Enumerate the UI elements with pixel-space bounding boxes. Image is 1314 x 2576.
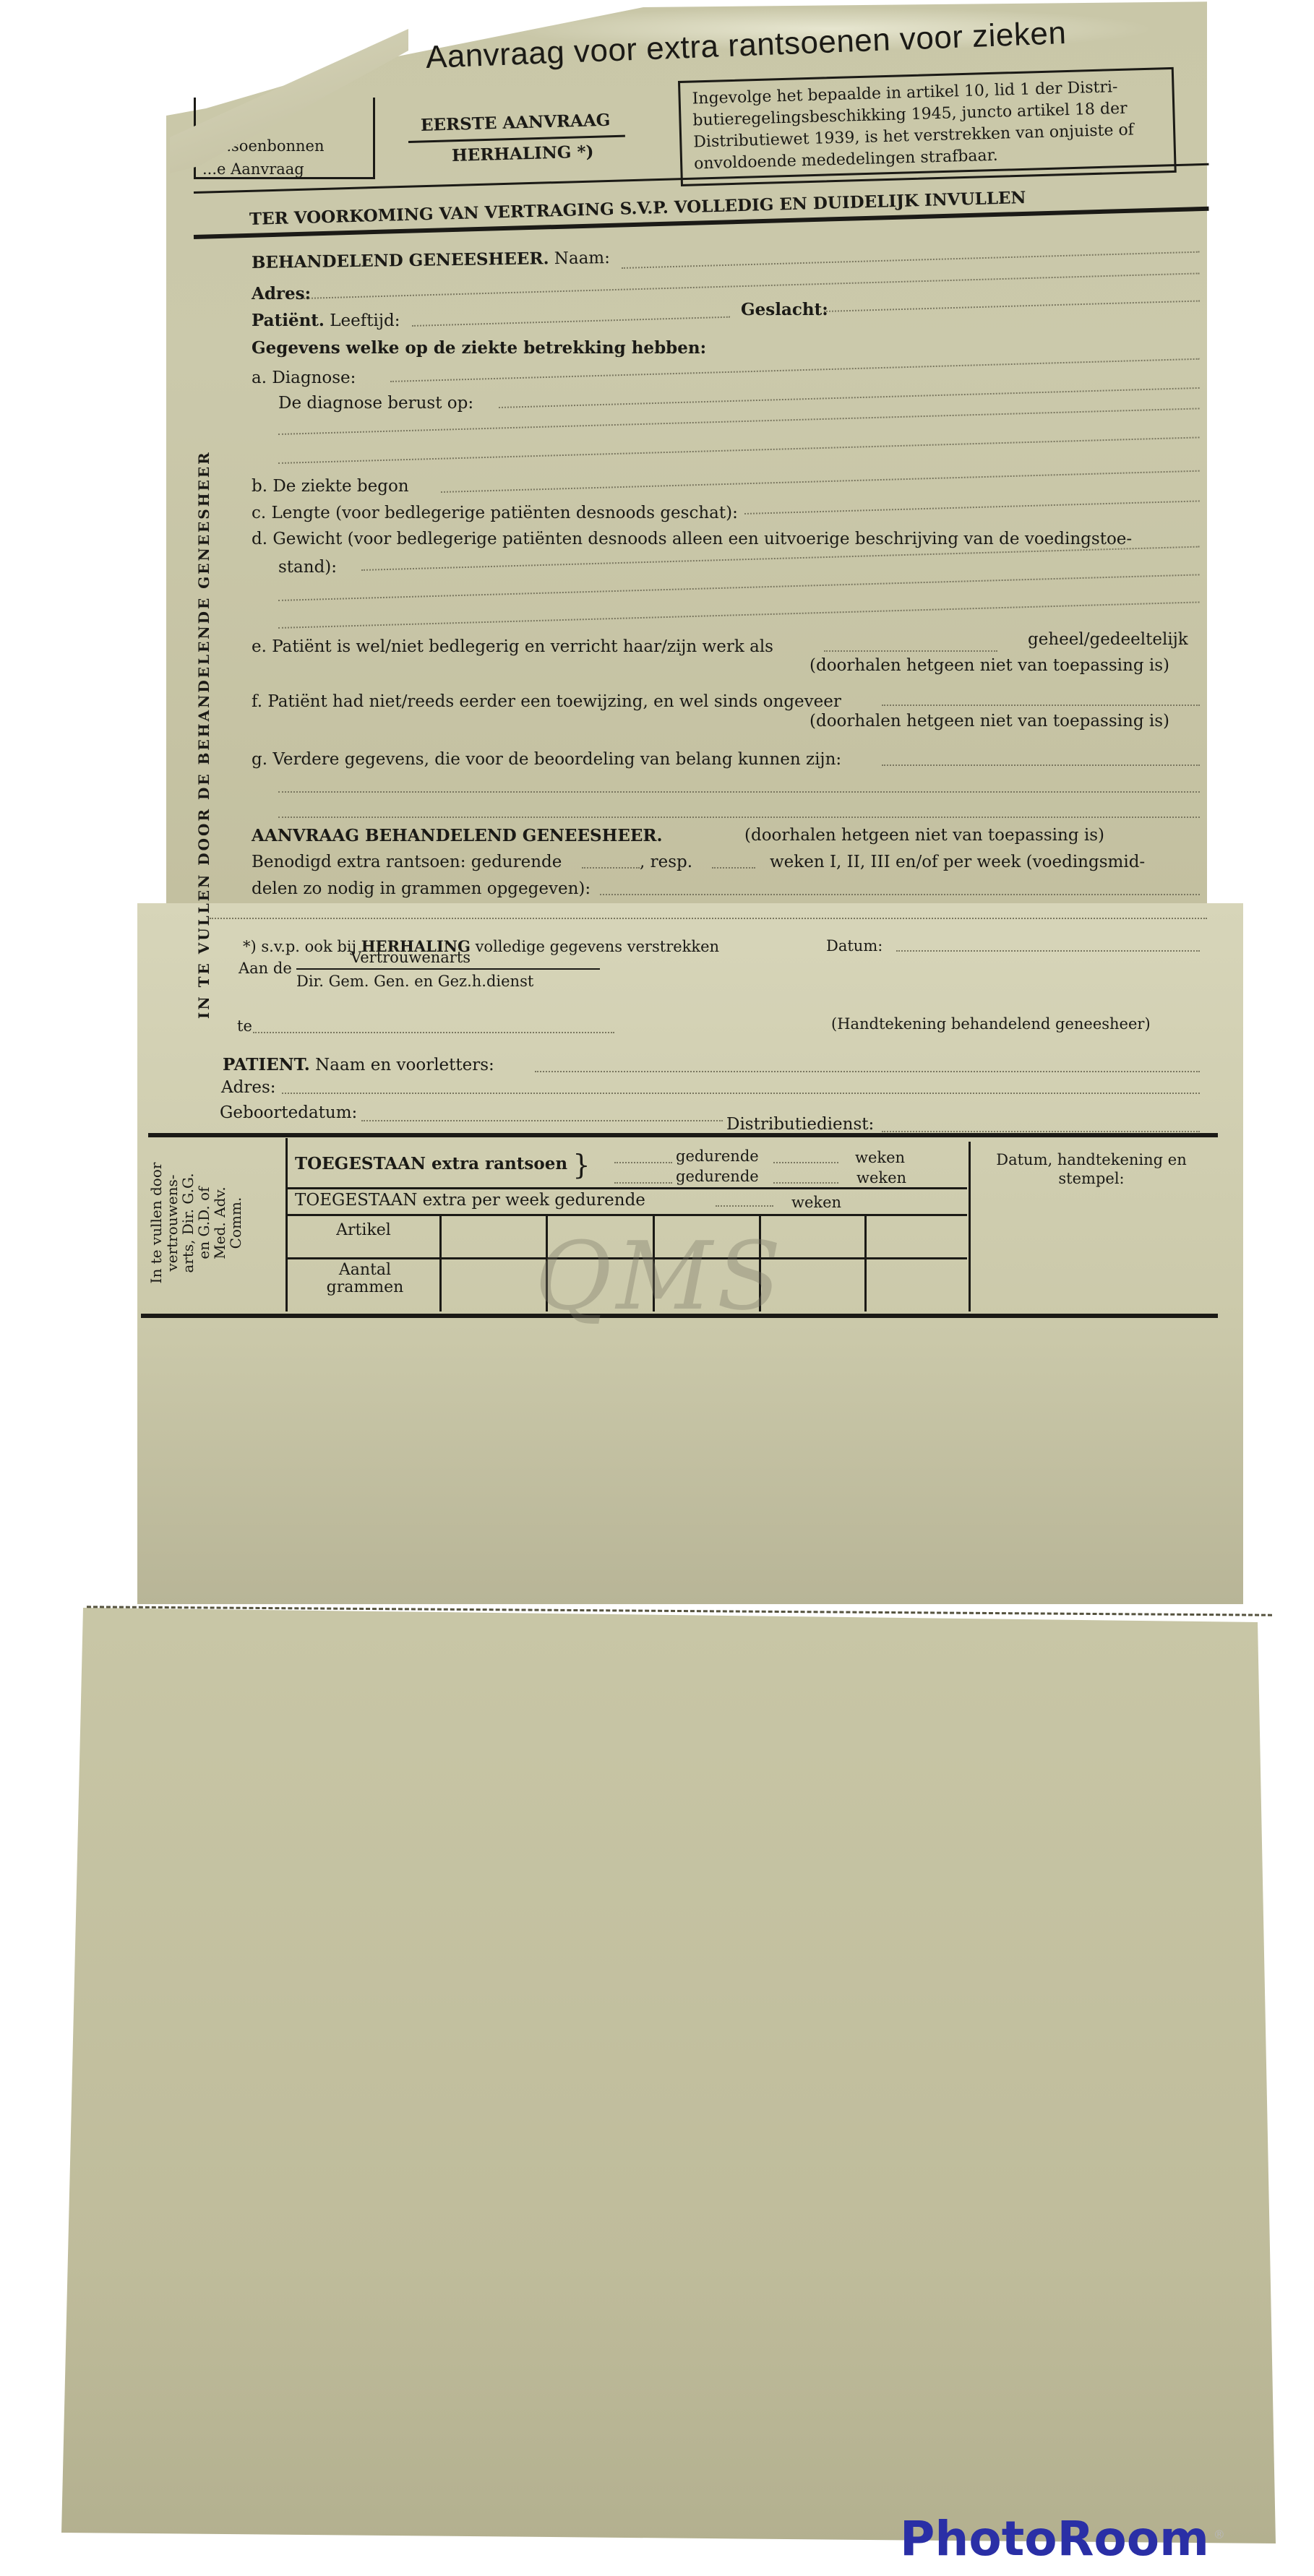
disease-data-intro: Gegevens welke op de ziekte betrekking h… bbox=[252, 338, 706, 358]
patient-heading-row: PATIENT. Naam en voorletters: bbox=[223, 1055, 494, 1074]
further-data-field-3[interactable] bbox=[278, 817, 1200, 818]
repeat-request-label: HERHALING *) bbox=[452, 142, 594, 165]
side-label-line: Comm. bbox=[228, 1142, 244, 1304]
needed-resp-field[interactable] bbox=[712, 867, 755, 869]
addressee-option-trusted-doctor[interactable]: Vertrouwenarts bbox=[351, 949, 471, 966]
side-label-line: In te vullen door bbox=[148, 1142, 164, 1304]
bedridden-note: (doorhalen hetgeen niet van toepassing i… bbox=[810, 656, 1169, 675]
weeks-label-3: weken bbox=[791, 1194, 841, 1211]
approval-signature-label: Datum, handtekening en stempel: bbox=[976, 1150, 1207, 1188]
bedridden-extent: geheel/gedeeltelijk bbox=[1028, 630, 1188, 649]
approved-weekly-field[interactable] bbox=[716, 1205, 773, 1207]
needed-weeks-label: weken I, II, III en/of per week (voeding… bbox=[770, 853, 1145, 871]
table-top-rule bbox=[148, 1133, 1218, 1137]
weight-label: d. Gewicht (voor bedlegerige patiënten d… bbox=[252, 530, 1132, 548]
work-as-field[interactable] bbox=[824, 650, 997, 652]
approved-weeks-1[interactable] bbox=[773, 1162, 838, 1163]
article-cell-5[interactable] bbox=[867, 1218, 968, 1254]
distribution-office-label: Distributiedienst: bbox=[726, 1115, 874, 1134]
further-data-label: g. Verdere gegevens, die voor de beoorde… bbox=[252, 750, 841, 769]
signature-label: (Handtekening behandelend geneesheer) bbox=[831, 1015, 1151, 1033]
diagnosis-label: a. Diagnose: bbox=[252, 369, 356, 387]
side-label-line: arts, Dir. G.G. bbox=[180, 1142, 196, 1304]
patient-address-field[interactable] bbox=[282, 1093, 1200, 1094]
footnote-prefix: *) s.v.p. ook bij bbox=[243, 938, 356, 955]
grams-label: Aantal grammen bbox=[304, 1262, 426, 1296]
bedridden-label: e. Patiënt is wel/niet bedlegerig en ver… bbox=[252, 637, 773, 656]
patient-label: Patiënt. bbox=[252, 311, 325, 330]
physician-heading-text: BEHANDELEND GENEESHEER. bbox=[252, 249, 549, 272]
side-label-physician: IN TE VULLEN DOOR DE BEHANDELENDE GENEES… bbox=[195, 450, 212, 1019]
further-data-field[interactable] bbox=[882, 764, 1200, 766]
birthdate-field[interactable] bbox=[361, 1120, 723, 1121]
grams-cell-5[interactable] bbox=[867, 1261, 968, 1310]
onset-label: b. De ziekte begon bbox=[252, 477, 409, 496]
diagnosis-basis-label: De diagnose berust op: bbox=[278, 394, 473, 413]
photoroom-logo: PhotoRoom® bbox=[900, 2511, 1225, 2567]
needed-resp-label: , resp. bbox=[640, 853, 692, 871]
approval-signature-area[interactable] bbox=[972, 1192, 1211, 1308]
date-label: Datum: bbox=[826, 937, 883, 955]
place-label: te bbox=[237, 1017, 252, 1035]
birthdate-label: Geboortedatum: bbox=[220, 1103, 357, 1122]
patient-name-field[interactable] bbox=[535, 1071, 1200, 1072]
legal-notice-text: Ingevolge het bepaalde in artikel 10, li… bbox=[680, 69, 1175, 181]
addressee-option-health-service[interactable]: Dir. Gem. Gen. en Gez.h.dienst bbox=[296, 973, 533, 990]
request-heading: AANVRAAG BEHANDELEND GENEESHEER. bbox=[252, 826, 663, 845]
approved-weekly-label: TOEGESTAAN extra per week gedurende bbox=[295, 1191, 645, 1210]
approved-amount-2[interactable] bbox=[614, 1182, 672, 1184]
prior-allocation-field[interactable] bbox=[882, 705, 1200, 706]
approval-side-label-text: In te vullen door vertrouwens- arts, Dir… bbox=[148, 1142, 244, 1304]
weeks-label-2: weken bbox=[856, 1169, 906, 1186]
legal-notice-box: Ingevolge het bepaalde in artikel 10, li… bbox=[678, 67, 1177, 186]
gender-label: Geslacht: bbox=[741, 300, 828, 319]
request-heading-note: (doorhalen hetgeen niet van toepassing i… bbox=[744, 826, 1104, 845]
addressee-label: Aan de bbox=[239, 960, 292, 977]
patient-heading: PATIENT. bbox=[223, 1055, 310, 1074]
approved-ration-row: TOEGESTAAN extra rantsoen } bbox=[295, 1149, 591, 1181]
form-page-bottom-flap bbox=[61, 1608, 1276, 2543]
article-cell-1[interactable] bbox=[441, 1218, 546, 1254]
approved-ration-label: TOEGESTAAN extra rantsoen bbox=[295, 1154, 567, 1173]
approved-opt1: gedurende bbox=[676, 1147, 759, 1165]
approved-amount-1[interactable] bbox=[614, 1162, 672, 1163]
prior-allocation-note: (doorhalen hetgeen niet van toepassing i… bbox=[810, 712, 1169, 731]
photoroom-logo-text: PhotoRoom bbox=[900, 2511, 1209, 2567]
article-label: Artikel bbox=[288, 1221, 439, 1239]
side-label-line: Med. Adv. bbox=[212, 1142, 228, 1304]
side-label-line: vertrouwens- bbox=[164, 1142, 180, 1304]
grams-cell-1[interactable] bbox=[441, 1261, 546, 1310]
age-label: Leeftijd: bbox=[330, 311, 400, 330]
brace-icon: } bbox=[572, 1149, 590, 1181]
footnote: *) s.v.p. ook bij HERHALING volledige ge… bbox=[243, 937, 719, 955]
needed-ration-label-cont: delen zo nodig in grammen opgegeven): bbox=[252, 879, 591, 898]
registered-mark-icon: ® bbox=[1214, 2528, 1225, 2541]
needed-items-field[interactable] bbox=[600, 894, 1200, 895]
patient-address-label: Adres: bbox=[221, 1078, 276, 1097]
approved-opt2: gedurende bbox=[676, 1168, 759, 1185]
place-field[interactable] bbox=[253, 1032, 614, 1033]
table-row-rule-1 bbox=[288, 1187, 967, 1189]
signature-col-divider bbox=[969, 1142, 971, 1311]
prior-allocation-label: f. Patiënt had niet/reeds eerder een toe… bbox=[252, 692, 841, 711]
needed-duration-field[interactable] bbox=[582, 867, 640, 869]
weeks-label-1: weken bbox=[855, 1149, 905, 1166]
date-field[interactable] bbox=[896, 950, 1200, 952]
distribution-office-field[interactable] bbox=[882, 1131, 1200, 1132]
qms-watermark: QMS bbox=[535, 1221, 786, 1331]
addressee-divider bbox=[296, 968, 600, 970]
corner-box-line2: ...e Aanvraag bbox=[202, 160, 304, 178]
weight-label-cont: stand): bbox=[278, 558, 337, 577]
approved-weeks-2[interactable] bbox=[773, 1182, 838, 1184]
needed-items-field-2[interactable] bbox=[210, 918, 1207, 919]
footnote-suffix: volledige gegevens verstrekken bbox=[476, 938, 720, 955]
needed-ration-label: Benodigd extra rantsoen: gedurende bbox=[252, 853, 562, 871]
physician-name-label: Naam: bbox=[554, 249, 610, 268]
further-data-field-2[interactable] bbox=[278, 791, 1200, 793]
side-label-line: en G.D. of bbox=[196, 1142, 212, 1304]
approval-side-label: In te vullen door vertrouwens- arts, Dir… bbox=[148, 1142, 278, 1308]
height-label: c. Lengte (voor bedlegerige patiënten de… bbox=[252, 504, 738, 522]
patient-name-label: Naam en voorletters: bbox=[315, 1056, 494, 1074]
physician-address-label: Adres: bbox=[252, 284, 311, 303]
patient-age-row: Patiënt. Leeftijd: bbox=[252, 311, 400, 330]
